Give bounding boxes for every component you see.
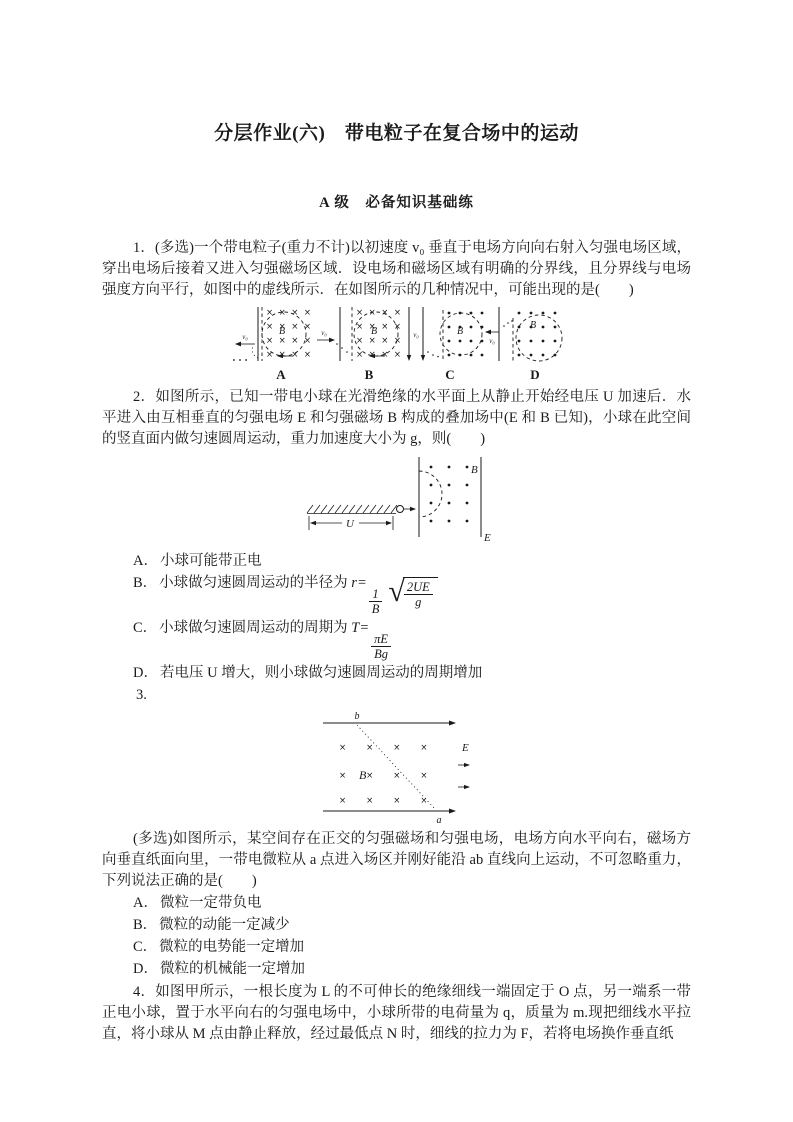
q2-option-c: C．小球做匀速圆周运动的周期为 T=πEBg — [102, 618, 691, 662]
option-label: B． — [133, 575, 157, 591]
q3-option-c: C．微粒的电势能一定增加 — [102, 937, 691, 958]
svg-text:××××: ×××× — [266, 336, 317, 346]
option-label: D． — [133, 961, 158, 977]
b-field-label: B — [529, 320, 535, 331]
v0-label: v₀ — [242, 333, 248, 341]
svg-text:××××: ×××× — [356, 322, 407, 332]
e-field-label: E — [483, 532, 491, 544]
circular-path-arc — [419, 471, 442, 517]
voltage-label: U — [346, 518, 355, 530]
q2-option-a: A．小球可能带正电 — [102, 551, 691, 572]
option-text: 微粒一定带负电 — [160, 895, 262, 911]
v0-label: v₀ — [413, 331, 419, 339]
svg-text:××××: ×××× — [339, 743, 448, 753]
b-field-label: B — [456, 326, 462, 337]
question-4-text: 4．如图甲所示，一根长度为 L 的不可伸长的绝缘细线一端固定于 O 点，另一端系… — [102, 982, 691, 1045]
formula-lead: r= — [351, 575, 366, 591]
q1-diagram-d: v₀ B D — [485, 307, 562, 382]
option-label: C． — [133, 939, 157, 955]
option-text: 小球做匀速圆周运动的半径为 — [159, 575, 351, 591]
q3-figure-svg: b a ×××× ×××× ×××× B E — [317, 709, 477, 825]
diagram-label-b: B — [364, 367, 373, 382]
q1-diagram-a: v₀ ×××× ×××× ×××× ×××× B A — [233, 307, 316, 382]
diagram-label-d: D — [530, 367, 539, 382]
option-text: 小球可能带正电 — [160, 553, 262, 569]
option-label: A． — [133, 553, 158, 569]
e-field-label: E — [461, 742, 469, 754]
option-label: C． — [133, 620, 157, 636]
option-text: 微粒的机械能一定增加 — [160, 961, 305, 977]
q2-option-b: B．小球做匀速圆周运动的半径为 r=1B√2UEg — [102, 573, 691, 617]
section-heading: A 级 必备知识基础练 — [102, 191, 691, 212]
option-label: B． — [133, 917, 157, 933]
point-a-label: a — [436, 815, 441, 825]
magnetic-field-into-page-symbols: ×××× ×××× ×××× — [339, 743, 448, 806]
fraction: 2UEg — [404, 580, 433, 610]
question-3-options: A．微粒一定带负电 B．微粒的动能一定减少 C．微粒的电势能一定增加 D．微粒的… — [102, 893, 691, 980]
svg-text:××××: ×××× — [356, 308, 407, 318]
v0-label: v₀ — [321, 329, 327, 337]
option-text: 微粒的动能一定减少 — [159, 917, 290, 933]
e-field-direction-arrows — [458, 762, 470, 788]
svg-text:××××: ×××× — [266, 308, 317, 318]
square-root: √2UEg — [388, 577, 437, 610]
magnetic-field-out-of-page-symbols — [429, 466, 468, 523]
diagram-label-c: C — [445, 367, 454, 382]
charged-ball — [396, 506, 403, 513]
q1-diagram-c: v₀ B C — [406, 307, 483, 382]
question-2-text: 2．如图所示，已知一带电小球在光滑绝缘的水平面上从静止开始经电压 U 加速后．水… — [102, 387, 691, 450]
q3-option-a: A．微粒一定带负电 — [102, 893, 691, 914]
svg-text:××××: ×××× — [339, 771, 448, 781]
question-3-number: 3. — [102, 685, 691, 706]
svg-text:××××: ×××× — [266, 322, 317, 332]
b-field-label: B — [370, 326, 376, 337]
q2-option-d: D．若电压 U 增大，则小球做匀速圆周运动的周期增加 — [102, 663, 691, 684]
diagram-label-a: A — [276, 367, 286, 382]
magnetic-field-into-page-symbols: ×××× ×××× ×××× ×××× — [266, 308, 317, 360]
formula-lead: T= — [351, 620, 369, 636]
question-2-figure: U B E — [102, 453, 691, 548]
fraction: πEBg — [371, 632, 391, 662]
page-title: 分层作业(六) 带电粒子在复合场中的运动 — [102, 0, 691, 145]
option-label: D． — [133, 665, 158, 681]
v0-arrowhead — [485, 330, 491, 335]
q1-diagram-b: v₀ ×××× ×××× ×××× ×××× B B — [317, 307, 407, 382]
worksheet-page: 分层作业(六) 带电粒子在复合场中的运动 A 级 必备知识基础练 1．(多选)一… — [0, 0, 793, 1122]
option-text: 小球做匀速圆周运动的周期为 — [159, 620, 351, 636]
b-field-label: B — [359, 768, 367, 782]
magnetic-field-out-of-page-symbols — [447, 312, 483, 357]
question-1-figure: v₀ ×××× ×××× ×××× ×××× B A — [102, 304, 691, 384]
v0-arrowhead — [235, 342, 241, 347]
q1-figure-svg: v₀ ×××× ×××× ×××× ×××× B A — [231, 304, 563, 384]
option-text: 若电压 U 增大，则小球做匀速圆周运动的周期增加 — [160, 665, 482, 681]
option-text: 微粒的电势能一定增加 — [159, 939, 304, 955]
velocity-arrowhead — [410, 507, 416, 511]
question-2-options: A．小球可能带正电 B．小球做匀速圆周运动的半径为 r=1B√2UEg C．小球… — [102, 551, 691, 684]
fraction: 1B — [369, 587, 383, 617]
ground-hatching — [307, 505, 397, 514]
question-1-text: 1．(多选)一个带电粒子(重力不计)以初速度 v₀ 垂直于电场方向向右射入匀强电… — [102, 238, 691, 301]
q3-option-b: B．微粒的动能一定减少 — [102, 915, 691, 936]
v0-label: v₀ — [489, 337, 495, 345]
question-3-text: (多选)如图所示，某空间存在正交的匀强磁场和匀强电场，电场方向水平向右，磁场方向… — [102, 829, 691, 892]
accelerating-voltage-dimension: U — [309, 516, 393, 530]
particle-trajectory — [252, 345, 258, 358]
v0-arrowhead — [329, 338, 335, 343]
svg-text:××××: ×××× — [356, 336, 407, 346]
b-field-label: B — [471, 464, 478, 476]
q2-figure-svg: U B E — [297, 453, 497, 548]
option-label: A． — [133, 895, 158, 911]
q3-option-d: D．微粒的机械能一定增加 — [102, 959, 691, 980]
b-field-label: B — [278, 326, 284, 337]
question-3-figure: b a ×××× ×××× ×××× B E — [102, 709, 691, 825]
point-b-label: b — [354, 711, 359, 722]
